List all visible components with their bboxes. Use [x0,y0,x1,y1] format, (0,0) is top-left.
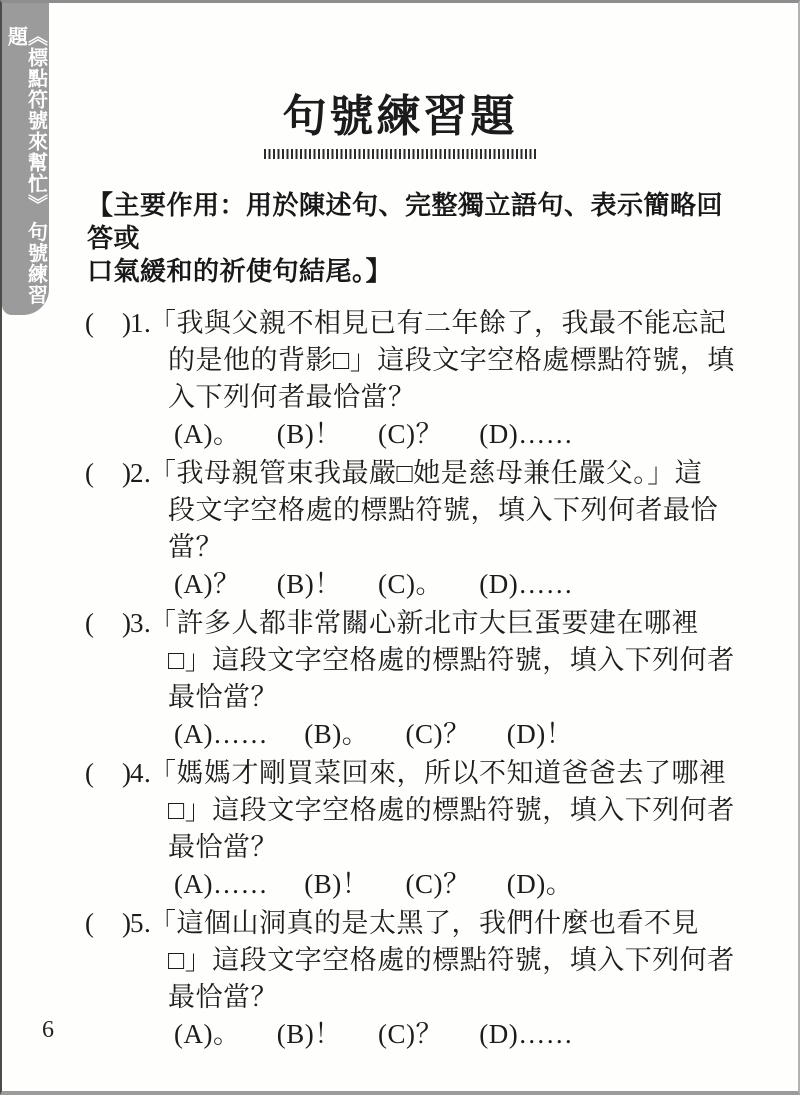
page-number: 6 [42,1017,54,1044]
answer-blank-parentheses: ( ) [85,305,127,342]
chapter-side-tab-label: 《標點符號來幫忙》 句號練習題 [6,26,46,315]
question-item-1: ( ) 1. 「我與父親不相見已有二年餘了，我最不能忘記 的是他的背影□」這段文… [85,305,738,453]
question-options: (A)？ (B)！ (C)。 (D)…… [174,566,738,603]
question-item-4: ( ) 4. 「媽媽才剛買菜回來，所以不知道爸爸去了哪裡 □」這段文字空格處的標… [85,755,738,903]
question-item-5: ( ) 5. 「這個山洞真的是太黑了，我們什麼也看不見 □」這段文字空格處的標點… [85,905,738,1053]
question-number: 3. [130,605,151,642]
option-c: (C)？ [405,869,470,899]
worksheet-page: 《標點符號來幫忙》 句號練習題 句號練習題 【主要作用：用於陳述句、完整獨立語句… [0,0,800,1095]
page-content: 句號練習題 【主要作用：用於陳述句、完整獨立語句、表示簡略回答或 口氣緩和的祈使… [2,3,798,1053]
question-text: 「這個山洞真的是太黑了，我們什麼也看不見 □」這段文字空格處的標點符號，填入下列… [168,905,738,1016]
option-a: (A)…… [174,719,268,749]
answer-blank-parentheses: ( ) [85,605,127,642]
option-b: (B)！ [304,869,369,899]
question-number: 5. [130,905,151,942]
answer-blank-parentheses: ( ) [85,455,127,492]
question-list: ( ) 1. 「我與父親不相見已有二年餘了，我最不能忘記 的是他的背影□」這段文… [2,305,798,1053]
option-b: (B)！ [277,1019,342,1049]
question-text: 「我與父親不相見已有二年餘了，我最不能忘記 的是他的背影□」這段文字空格處標點符… [168,305,738,416]
chapter-side-tab: 《標點符號來幫忙》 句號練習題 [2,0,49,315]
question-text: 「許多人都非常關心新北市大巨蛋要建在哪裡 □」這段文字空格處的標點符號，填入下列… [168,605,738,716]
question-number: 1. [130,305,151,342]
question-options: (A)。 (B)！ (C)？ (D)…… [174,1016,738,1053]
option-c: (C)？ [378,1019,443,1049]
option-d: (D)…… [479,419,573,449]
question-number: 2. [130,455,151,492]
question-item-3: ( ) 3. 「許多人都非常關心新北市大巨蛋要建在哪裡 □」這段文字空格處的標點… [85,605,738,753]
option-b: (B)！ [277,569,342,599]
option-c: (C)？ [405,719,470,749]
question-number: 4. [130,755,151,792]
option-c: (C)。 [378,569,443,599]
question-options: (A)…… (B)。 (C)？ (D)！ [174,716,738,753]
question-options: (A)…… (B)！ (C)？ (D)。 [174,866,738,903]
option-d: (D)…… [479,569,573,599]
usage-instruction: 【主要作用：用於陳述句、完整獨立語句、表示簡略回答或 口氣緩和的祈使句結尾。】 [87,189,728,288]
question-text: 「媽媽才剛買菜回來，所以不知道爸爸去了哪裡 □」這段文字空格處的標點符號，填入下… [168,755,738,866]
question-item-2: ( ) 2. 「我母親管束我最嚴□她是慈母兼任嚴父。」這 段文字空格處的標點符號… [85,455,738,603]
option-b: (B)。 [304,719,369,749]
option-a: (A)。 [174,1019,240,1049]
option-a: (A)…… [174,869,268,899]
option-d: (D)。 [507,869,573,899]
option-b: (B)！ [277,419,342,449]
option-c: (C)？ [378,419,443,449]
question-options: (A)。 (B)！ (C)？ (D)…… [174,416,738,453]
option-a: (A)？ [174,569,240,599]
option-d: (D)…… [479,1019,573,1049]
page-title: 句號練習題 [2,91,798,143]
option-d: (D)！ [507,719,573,749]
title-underline-decoration [264,149,536,159]
question-text: 「我母親管束我最嚴□她是慈母兼任嚴父。」這 段文字空格處的標點符號，填入下列何者… [168,455,738,566]
answer-blank-parentheses: ( ) [85,755,127,792]
answer-blank-parentheses: ( ) [85,905,127,942]
option-a: (A)。 [174,419,240,449]
